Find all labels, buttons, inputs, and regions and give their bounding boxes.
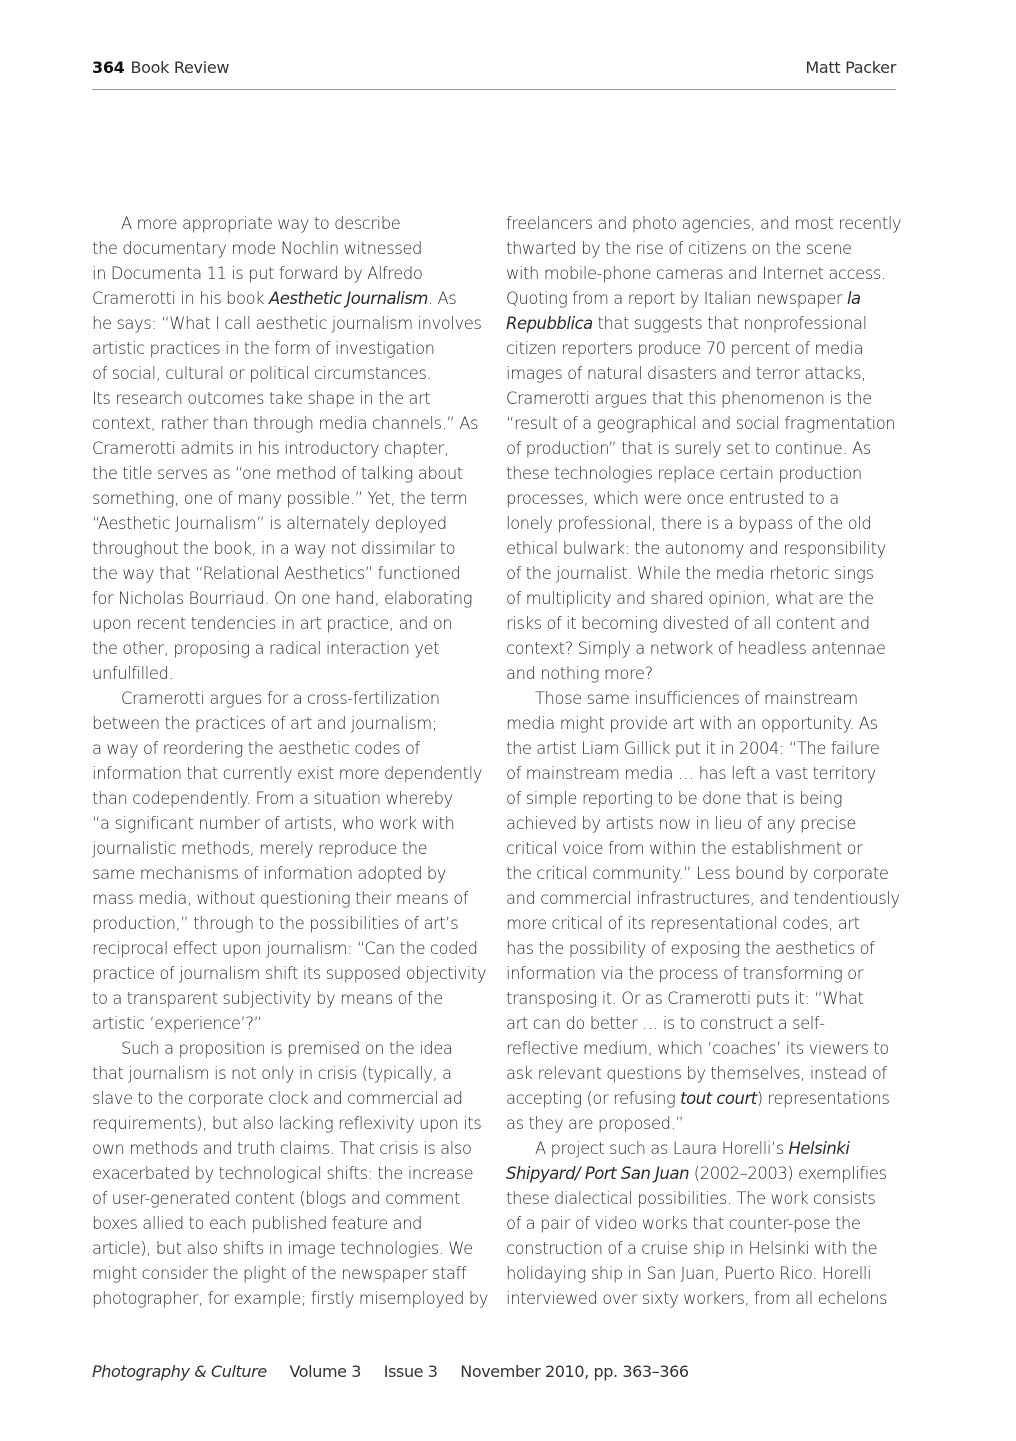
text-run: for Nicholas Bourriaud. On one hand, ela… [92, 589, 472, 608]
text-line: the documentary mode Nochlin witnessed [92, 236, 492, 261]
italic-title: Helsinki [789, 1139, 850, 1158]
text-run: “a significant number of artists, who wo… [92, 814, 454, 833]
text-line: Its research outcomes take shape in the … [92, 386, 492, 411]
text-run: to a transparent subjectivity by means o… [92, 989, 443, 1008]
text-run: article), but also shifts in image techn… [92, 1239, 473, 1258]
text-line: construction of a cruise ship in Helsink… [506, 1236, 906, 1261]
text-run: production,” through to the possibilitie… [92, 914, 458, 933]
text-run: Cramerotti admits in his introductory ch… [92, 439, 449, 458]
text-line: of the journalist. While the media rheto… [506, 561, 906, 586]
text-line: in Documenta 11 is put forward by Alfred… [92, 261, 492, 286]
paragraph-start-line: A more appropriate way to describe [92, 211, 492, 236]
text-run: might consider the plight of the newspap… [92, 1264, 466, 1283]
text-run: citizen reporters produce 70 percent of … [506, 339, 863, 358]
text-run: as they are proposed.” [506, 1114, 683, 1133]
text-run: accepting (or refusing [506, 1089, 680, 1108]
text-line: Cramerotti admits in his introductory ch… [92, 436, 492, 461]
text-run: same mechanisms of information adopted b… [92, 864, 446, 883]
text-line: exacerbated by technological shifts: the… [92, 1161, 492, 1186]
text-line: artistic ‘experience’?” [92, 1011, 492, 1036]
journal-title: Photography & Culture [92, 1362, 267, 1381]
text-run: has the possibility of exposing the aest… [506, 939, 874, 958]
text-run: photographer, for example; firstly misem… [92, 1289, 488, 1308]
text-run: of mainstream media … has left a vast te… [506, 764, 876, 783]
text-line: with mobile-phone cameras and Internet a… [506, 261, 906, 286]
text-line: mass media, without questioning their me… [92, 886, 492, 911]
text-run: slave to the corporate clock and commerc… [92, 1089, 463, 1108]
text-run: the other, proposing a radical interacti… [92, 639, 439, 658]
text-run: “Aesthetic Journalism” is alternately de… [92, 514, 447, 533]
text-line: “result of a geographical and social fra… [506, 411, 906, 436]
text-line: of multiplicity and shared opinion, what… [506, 586, 906, 611]
text-line: thwarted by the rise of citizens on the … [506, 236, 906, 261]
text-line: the critical community.” Less bound by c… [506, 861, 906, 886]
journal-footer: Photography & Culture Volume 3 Issue 3 N… [92, 1362, 707, 1381]
text-run: of social, cultural or political circums… [92, 364, 431, 383]
text-run: processes, which were once entrusted to … [506, 489, 839, 508]
paragraph-start-line: Such a proposition is premised on the id… [92, 1036, 492, 1061]
text-run: Such a proposition is premised on the id… [121, 1039, 452, 1058]
text-run: reflective medium, which ‘coaches’ its v… [506, 1039, 889, 1058]
italic-title: Aesthetic Journalism [269, 289, 428, 308]
text-line: Quoting from a report by Italian newspap… [506, 286, 906, 311]
text-run: more critical of its representational co… [506, 914, 860, 933]
text-run: and commercial infrastructures, and tend… [506, 889, 900, 908]
text-run: ethical bulwark: the autonomy and respon… [506, 539, 886, 558]
text-run: with mobile-phone cameras and Internet a… [506, 264, 886, 283]
text-run: own methods and truth claims. That crisi… [92, 1139, 471, 1158]
text-line: Repubblica that suggests that nonprofess… [506, 311, 906, 336]
journal-volume: Volume 3 [289, 1362, 361, 1381]
text-run: exacerbated by technological shifts: the… [92, 1164, 473, 1183]
journal-date-pages: November 2010, pp. 363–366 [460, 1362, 688, 1381]
text-run: boxes allied to each published feature a… [92, 1214, 422, 1233]
text-run: “result of a geographical and social fra… [506, 414, 895, 433]
text-line: the way that “Relational Aesthetics” fun… [92, 561, 492, 586]
text-line: for Nicholas Bourriaud. On one hand, ela… [92, 586, 492, 611]
text-line: ethical bulwark: the autonomy and respon… [506, 536, 906, 561]
text-run: information that currently exist more de… [92, 764, 482, 783]
text-line: context? Simply a network of headless an… [506, 636, 906, 661]
paragraph-start-line: Those same insufficiences of mainstream [506, 686, 906, 711]
text-line: “a significant number of artists, who wo… [92, 811, 492, 836]
left-text-column: A more appropriate way to describethe do… [92, 211, 492, 1311]
text-run: that journalism is not only in crisis (t… [92, 1064, 452, 1083]
text-line: interviewed over sixty workers, from all… [506, 1286, 906, 1311]
text-line: might consider the plight of the newspap… [92, 1261, 492, 1286]
text-line: as they are proposed.” [506, 1111, 906, 1136]
text-run: art can do better … is to construct a se… [506, 1014, 825, 1033]
text-line: images of natural disasters and terror a… [506, 361, 906, 386]
text-run: achieved by artists now in lieu of any p… [506, 814, 856, 833]
text-run: throughout the book, in a way not dissim… [92, 539, 455, 558]
text-run: practice of journalism shift its suppose… [92, 964, 486, 983]
italic-title: Shipyard/ Port San Juan [506, 1164, 689, 1183]
text-line: these technologies replace certain produ… [506, 461, 906, 486]
text-line: information that currently exist more de… [92, 761, 492, 786]
text-run: A more appropriate way to describe [121, 214, 400, 233]
text-run: critical voice from within the establish… [506, 839, 862, 858]
text-line: freelancers and photo agencies, and most… [506, 211, 906, 236]
running-header: 364Book Review Matt Packer [92, 58, 896, 82]
text-run: thwarted by the rise of citizens on the … [506, 239, 852, 258]
text-line: Cramerotti argues that this phenomenon i… [506, 386, 906, 411]
text-run: the artist Liam Gillick put it in 2004: … [506, 739, 879, 758]
text-line: transposing it. Or as Cramerotti puts it… [506, 986, 906, 1011]
text-run: of user-generated content (blogs and com… [92, 1189, 460, 1208]
text-run: between the practices of art and journal… [92, 714, 437, 733]
text-line: boxes allied to each published feature a… [92, 1211, 492, 1236]
text-run: lonely professional, there is a bypass o… [506, 514, 871, 533]
text-line: that journalism is not only in crisis (t… [92, 1061, 492, 1086]
text-run: reciprocal effect upon journalism: “Can … [92, 939, 478, 958]
text-run: journalistic methods, merely reproduce t… [92, 839, 427, 858]
text-run: information via the process of transform… [506, 964, 863, 983]
text-line: and nothing more? [506, 661, 906, 686]
text-run: construction of a cruise ship in Helsink… [506, 1239, 877, 1258]
text-line: ask relevant questions by themselves, in… [506, 1061, 906, 1086]
text-run: ) representations [757, 1089, 890, 1108]
page-number: 364 [92, 58, 125, 77]
right-text-column: freelancers and photo agencies, and most… [506, 211, 906, 1311]
text-line: production,” through to the possibilitie… [92, 911, 492, 936]
text-run: these dialectical possibilities. The wor… [506, 1189, 875, 1208]
italic-title: la [847, 289, 861, 308]
text-line: Cramerotti in his book Aesthetic Journal… [92, 286, 492, 311]
text-line: more critical of its representational co… [506, 911, 906, 936]
text-run: risks of it becoming divested of all con… [506, 614, 870, 633]
text-line: article), but also shifts in image techn… [92, 1236, 492, 1261]
text-run: Cramerotti argues that this phenomenon i… [506, 389, 872, 408]
text-run: a way of reordering the aesthetic codes … [92, 739, 420, 758]
text-run: requirements), but also lacking reflexiv… [92, 1114, 481, 1133]
text-run: the way that “Relational Aesthetics” fun… [92, 564, 460, 583]
text-line: the artist Liam Gillick put it in 2004: … [506, 736, 906, 761]
text-line: lonely professional, there is a bypass o… [506, 511, 906, 536]
text-line: reflective medium, which ‘coaches’ its v… [506, 1036, 906, 1061]
header-rule [92, 89, 896, 90]
text-run: Cramerotti in his book [92, 289, 269, 308]
text-run: Those same insufficiences of mainstream [535, 689, 858, 708]
text-line: of production” that is surely set to con… [506, 436, 906, 461]
text-line: to a transparent subjectivity by means o… [92, 986, 492, 1011]
text-run: of multiplicity and shared opinion, what… [506, 589, 874, 608]
text-line: the other, proposing a radical interacti… [92, 636, 492, 661]
text-line: accepting (or refusing tout court) repre… [506, 1086, 906, 1111]
text-line: reciprocal effect upon journalism: “Can … [92, 936, 492, 961]
text-run: Cramerotti argues for a cross-fertilizat… [121, 689, 440, 708]
text-run: freelancers and photo agencies, and most… [506, 214, 901, 233]
text-line: holidaying ship in San Juan, Puerto Rico… [506, 1261, 906, 1286]
text-run: context? Simply a network of headless an… [506, 639, 886, 658]
text-line: journalistic methods, merely reproduce t… [92, 836, 492, 861]
text-run: Quoting from a report by Italian newspap… [506, 289, 847, 308]
text-line: citizen reporters produce 70 percent of … [506, 336, 906, 361]
text-run: upon recent tendencies in art practice, … [92, 614, 452, 633]
author-name: Matt Packer [805, 58, 896, 77]
text-run: Its research outcomes take shape in the … [92, 389, 430, 408]
text-run: . As [428, 289, 456, 308]
text-run: that suggests that nonprofessional [593, 314, 867, 333]
text-run: (2002–2003) exemplifies [689, 1164, 887, 1183]
text-run: artistic practices in the form of invest… [92, 339, 435, 358]
text-run: the documentary mode Nochlin witnessed [92, 239, 422, 258]
text-line: art can do better … is to construct a se… [506, 1011, 906, 1036]
text-line: has the possibility of exposing the aest… [506, 936, 906, 961]
text-line: a way of reordering the aesthetic codes … [92, 736, 492, 761]
text-run: these technologies replace certain produ… [506, 464, 862, 483]
text-line: critical voice from within the establish… [506, 836, 906, 861]
text-run: of simple reporting to be done that is b… [506, 789, 842, 808]
text-line: something, one of many possible.” Yet, t… [92, 486, 492, 511]
text-run: of production” that is surely set to con… [506, 439, 871, 458]
text-run: mass media, without questioning their me… [92, 889, 468, 908]
text-line: achieved by artists now in lieu of any p… [506, 811, 906, 836]
text-line: photographer, for example; firstly misem… [92, 1286, 492, 1311]
paragraph-start-line: A project such as Laura Horelli’s Helsin… [506, 1136, 906, 1161]
text-run: A project such as Laura Horelli’s [535, 1139, 789, 1158]
text-line: practice of journalism shift its suppose… [92, 961, 492, 986]
text-run: ask relevant questions by themselves, in… [506, 1064, 887, 1083]
text-line: the title serves as “one method of talki… [92, 461, 492, 486]
italic-title: tout court [680, 1089, 757, 1108]
text-line: own methods and truth claims. That crisi… [92, 1136, 492, 1161]
text-line: of a pair of video works that counter-po… [506, 1211, 906, 1236]
text-line: than codependently. From a situation whe… [92, 786, 492, 811]
text-line: unfulfilled. [92, 661, 492, 686]
text-line: of mainstream media … has left a vast te… [506, 761, 906, 786]
text-run: unfulfilled. [92, 664, 173, 683]
text-line: context, rather than through media chann… [92, 411, 492, 436]
journal-issue: Issue 3 [384, 1362, 438, 1381]
text-line: slave to the corporate clock and commerc… [92, 1086, 492, 1111]
text-line: of social, cultural or political circums… [92, 361, 492, 386]
text-line: risks of it becoming divested of all con… [506, 611, 906, 636]
text-line: “Aesthetic Journalism” is alternately de… [92, 511, 492, 536]
text-line: same mechanisms of information adopted b… [92, 861, 492, 886]
text-run: artistic ‘experience’?” [92, 1014, 262, 1033]
text-run: media might provide art with an opportun… [506, 714, 878, 733]
text-run: of the journalist. While the media rheto… [506, 564, 874, 583]
text-line: throughout the book, in a way not dissim… [92, 536, 492, 561]
text-line: requirements), but also lacking reflexiv… [92, 1111, 492, 1136]
text-run: transposing it. Or as Cramerotti puts it… [506, 989, 864, 1008]
text-line: of user-generated content (blogs and com… [92, 1186, 492, 1211]
text-line: processes, which were once entrusted to … [506, 486, 906, 511]
text-line: Shipyard/ Port San Juan (2002–2003) exem… [506, 1161, 906, 1186]
text-run: the critical community.” Less bound by c… [506, 864, 888, 883]
text-line: he says: “What I call aesthetic journali… [92, 311, 492, 336]
text-line: information via the process of transform… [506, 961, 906, 986]
text-run: the title serves as “one method of talki… [92, 464, 463, 483]
text-run: something, one of many possible.” Yet, t… [92, 489, 467, 508]
text-run: and nothing more? [506, 664, 653, 683]
paragraph-start-line: Cramerotti argues for a cross-fertilizat… [92, 686, 492, 711]
text-run: images of natural disasters and terror a… [506, 364, 866, 383]
text-run: context, rather than through media chann… [92, 414, 478, 433]
text-line: of simple reporting to be done that is b… [506, 786, 906, 811]
italic-title: Repubblica [506, 314, 593, 333]
text-run: he says: “What I call aesthetic journali… [92, 314, 481, 333]
section-title: Book Review [131, 58, 230, 77]
text-line: these dialectical possibilities. The wor… [506, 1186, 906, 1211]
text-run: holidaying ship in San Juan, Puerto Rico… [506, 1264, 871, 1283]
text-line: and commercial infrastructures, and tend… [506, 886, 906, 911]
text-run: in Documenta 11 is put forward by Alfred… [92, 264, 422, 283]
text-line: between the practices of art and journal… [92, 711, 492, 736]
text-line: artistic practices in the form of invest… [92, 336, 492, 361]
text-run: of a pair of video works that counter-po… [506, 1214, 861, 1233]
text-line: media might provide art with an opportun… [506, 711, 906, 736]
text-run: than codependently. From a situation whe… [92, 789, 453, 808]
text-run: interviewed over sixty workers, from all… [506, 1289, 887, 1308]
text-line: upon recent tendencies in art practice, … [92, 611, 492, 636]
